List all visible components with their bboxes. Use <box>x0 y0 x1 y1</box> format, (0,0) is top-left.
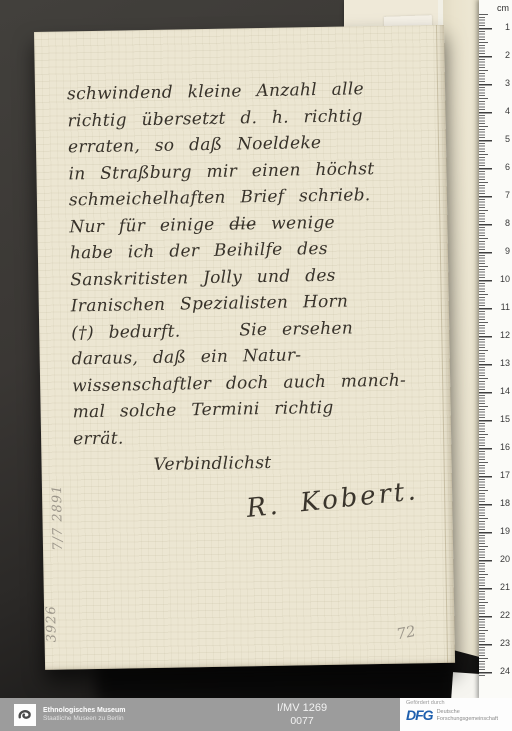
ruler-mark: 11 <box>494 302 510 313</box>
ruler-mark: 20 <box>494 554 510 565</box>
reference-page-number: 0077 <box>204 715 400 727</box>
ruler-mark: 18 <box>494 498 510 509</box>
footer-funding-block: Gefördert durch DFG Deutsche Forschungsg… <box>400 698 512 731</box>
margin-annotation-top: 7/7 2891 <box>50 466 68 570</box>
smb-logo-icon <box>14 704 36 726</box>
ruler-mark: 21 <box>494 582 510 593</box>
ruler-mark: 19 <box>494 526 510 537</box>
ruler-mark: 5 <box>494 134 510 145</box>
museum-text: Ethnologisches Museum Staatliche Museen … <box>43 706 125 723</box>
ruler-mark: 17 <box>494 470 510 481</box>
page-number-annotation: 72 <box>395 622 417 643</box>
funding-name-line2: Forschungsgemeinschaft <box>437 716 498 723</box>
funding-row: DFG Deutsche Forschungsgemeinschaft <box>406 708 508 723</box>
letter-closing: Verbindlichst <box>153 447 445 479</box>
ruler-mark: 8 <box>494 218 510 229</box>
ruler-mark: 14 <box>494 386 510 397</box>
reference-id: I/MV 1269 <box>204 702 400 715</box>
ruler-mark: 12 <box>494 330 510 341</box>
dfg-logo: DFG <box>406 708 433 723</box>
ruler-mark: 7 <box>494 190 510 201</box>
footer-bar: Ethnologisches Museum Staatliche Museen … <box>0 698 512 731</box>
footer-reference-block: I/MV 1269 0077 <box>204 702 400 727</box>
ruler-mark: 10 <box>494 274 510 285</box>
funding-label: Gefördert durch <box>406 700 508 707</box>
ruler-mark: 24 <box>494 666 510 677</box>
letter-body: schwindend kleine Anzahl allerichtig übe… <box>67 75 447 516</box>
ruler-mark: 13 <box>494 358 510 369</box>
ruler-mark: 3 <box>494 78 510 89</box>
ruler-mark: 1 <box>494 22 510 33</box>
ruler-mark: 9 <box>494 246 510 257</box>
ruler-mark: 22 <box>494 610 510 621</box>
footer-museum-block: Ethnologisches Museum Staatliche Museen … <box>14 704 204 726</box>
margin-annotation-bottom: 3926 <box>44 595 59 653</box>
ruler-mark: 4 <box>494 106 510 117</box>
letter-page: schwindend kleine Anzahl allerichtig übe… <box>34 25 455 670</box>
ruler-unit-label: cm <box>497 3 509 13</box>
ruler-mark: 16 <box>494 442 510 453</box>
ruler-ticks-cm <box>479 28 492 676</box>
museum-subtitle: Staatliche Museen zu Berlin <box>43 715 125 723</box>
letter-signature: R. Kobert. <box>245 475 447 522</box>
ruler-mark: 2 <box>494 50 510 61</box>
funding-name: Deutsche Forschungsgemeinschaft <box>437 709 498 722</box>
measuring-ruler: cm 1234567891011121314151617181920212223… <box>479 0 512 700</box>
ruler-mark: 15 <box>494 414 510 425</box>
letter-lines: schwindend kleine Anzahl allerichtig übe… <box>67 75 445 452</box>
museum-name: Ethnologisches Museum <box>43 706 125 715</box>
ruler-mark: 6 <box>494 162 510 173</box>
ruler-mark: 23 <box>494 638 510 649</box>
